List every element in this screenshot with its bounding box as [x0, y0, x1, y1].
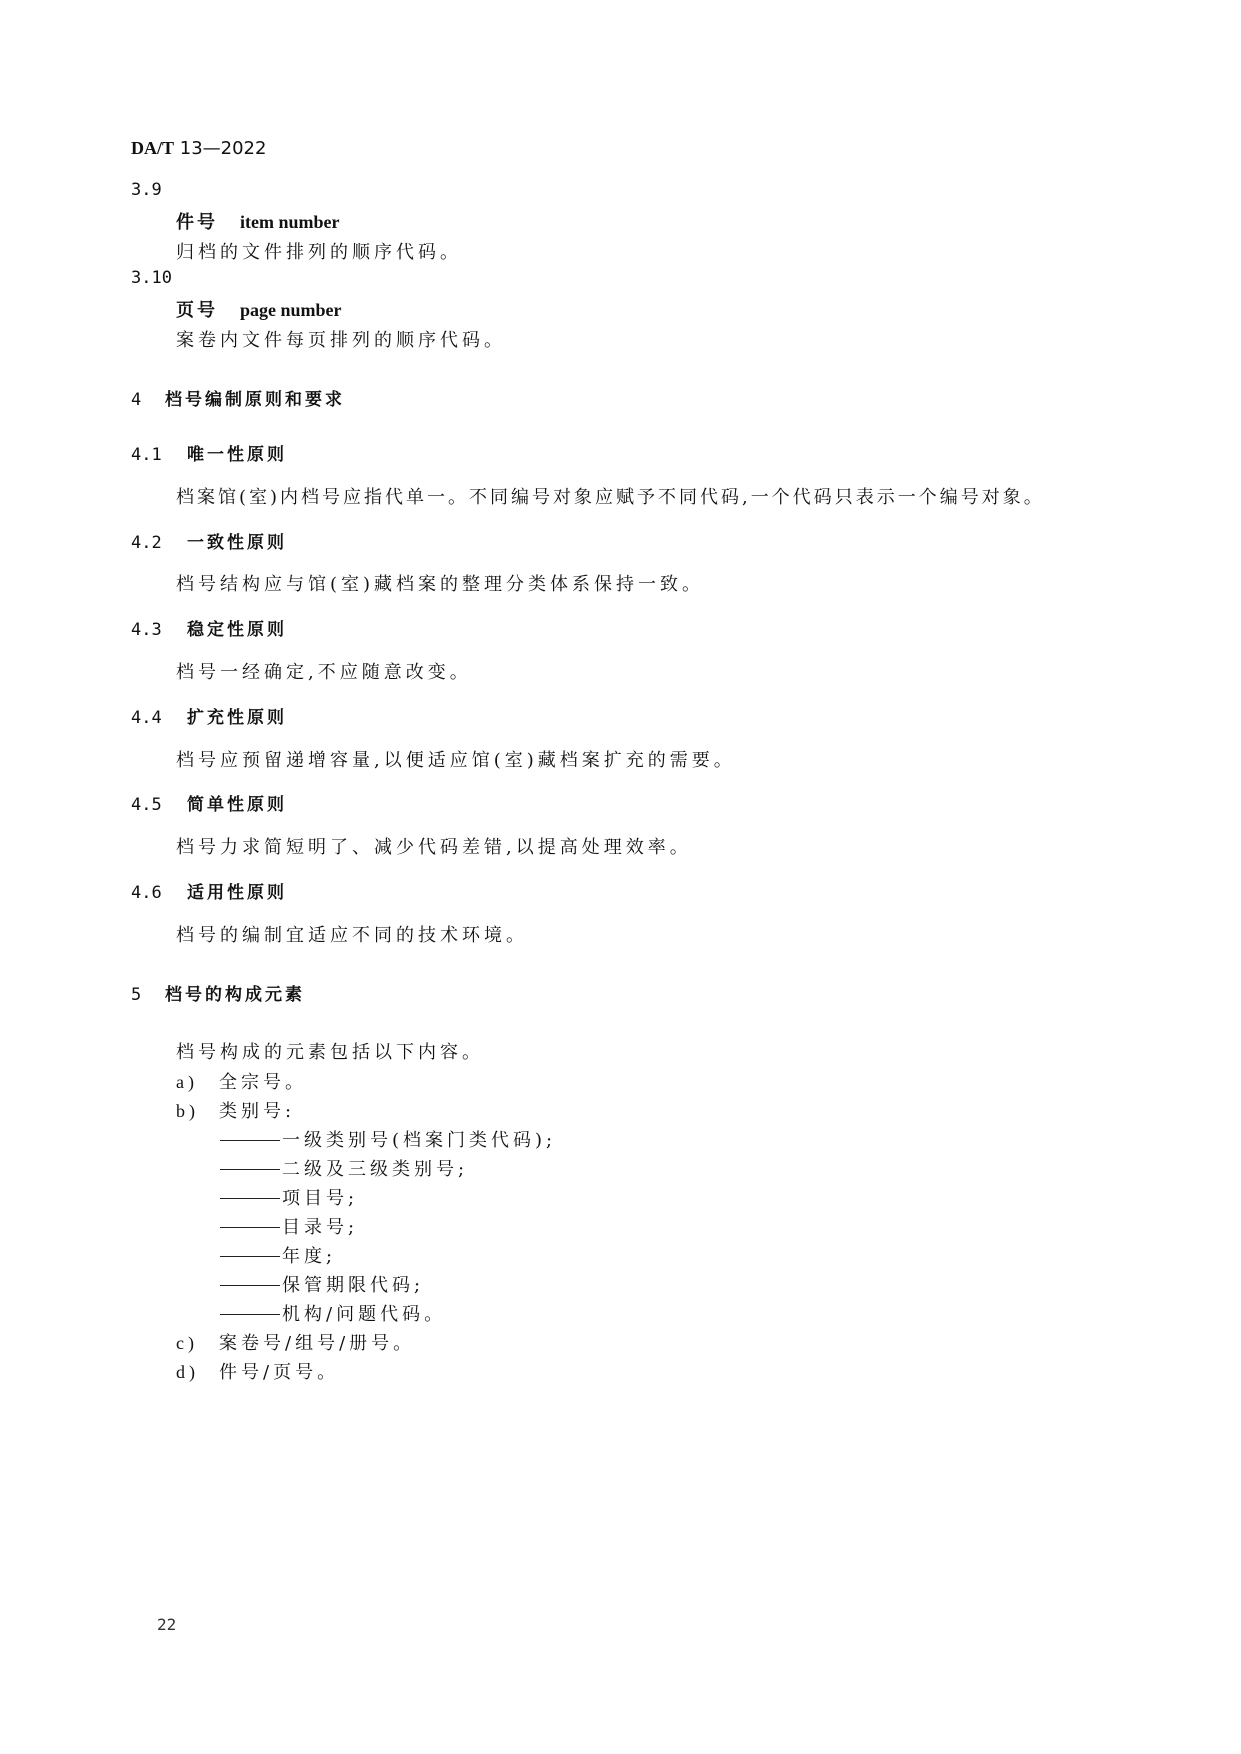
list-text: 件号/页号。	[219, 1362, 339, 1383]
dash-item: 年度;	[220, 1242, 336, 1268]
dash-text: 保管期限代码;	[282, 1275, 424, 1296]
em-dash	[220, 1314, 280, 1315]
paragraph: 档号构成的元素包括以下内容。	[176, 1038, 484, 1064]
dash-item: 项目号;	[220, 1184, 358, 1210]
term-zh: 页号	[176, 300, 218, 321]
list-label: a)	[176, 1072, 219, 1093]
list-text: 类别号:	[219, 1101, 295, 1122]
list-label: d)	[176, 1362, 219, 1383]
subsection-title: 稳定性原则	[187, 620, 287, 640]
subsection-number: 4.2	[131, 533, 187, 553]
subsection-heading: 4.1唯一性原则	[131, 440, 287, 465]
section-title: 档号编制原则和要求	[165, 390, 345, 410]
subsection-heading: 4.2一致性原则	[131, 528, 287, 553]
paragraph: 档号应预留递增容量,以便适应馆(室)藏档案扩充的需要。	[176, 746, 736, 772]
em-dash	[220, 1227, 280, 1228]
section-title: 档号的构成元素	[165, 985, 305, 1005]
term-en: item number	[240, 212, 339, 232]
subsection-title: 扩充性原则	[187, 708, 287, 728]
document-header: DA/T 13—2022	[131, 138, 266, 159]
em-dash	[220, 1256, 280, 1257]
subsection-number: 4.4	[131, 708, 187, 728]
subsection-title: 简单性原则	[187, 795, 287, 815]
list-item: a)全宗号。	[176, 1068, 307, 1094]
em-dash	[220, 1169, 280, 1170]
subsection-title: 唯一性原则	[187, 445, 287, 465]
standard-number: 13—2022	[180, 138, 267, 159]
em-dash	[220, 1140, 280, 1141]
term-heading: 页号page number	[176, 296, 342, 322]
dash-item: 目录号;	[220, 1213, 358, 1239]
dash-text: 年度;	[282, 1246, 336, 1267]
list-item: b)类别号:	[176, 1097, 295, 1123]
dash-text: 机构/问题代码。	[282, 1304, 446, 1325]
dash-item: 二级及三级类别号;	[220, 1155, 468, 1181]
clause-number: 3.9	[131, 180, 162, 200]
subsection-title: 一致性原则	[187, 533, 287, 553]
dash-text: 项目号;	[282, 1188, 358, 1209]
subsection-number: 4.3	[131, 620, 187, 640]
paragraph: 档案馆(室)内档号应指代单一。不同编号对象应赋予不同代码,一个代码只表示一个编号…	[176, 483, 1045, 509]
paragraph: 档号一经确定,不应随意改变。	[176, 658, 472, 684]
section-heading: 5档号的构成元素	[131, 980, 305, 1005]
list-text: 全宗号。	[219, 1072, 307, 1093]
page-number: 22	[157, 1615, 176, 1634]
subsection-number: 4.1	[131, 445, 187, 465]
em-dash	[220, 1285, 280, 1286]
paragraph: 档号结构应与馆(室)藏档案的整理分类体系保持一致。	[176, 570, 704, 596]
dash-text: 一级类别号(档案门类代码);	[282, 1130, 556, 1151]
paragraph: 档号力求简短明了、减少代码差错,以提高处理效率。	[176, 833, 692, 859]
standard-prefix: DA/T	[131, 138, 174, 158]
subsection-heading: 4.6适用性原则	[131, 878, 287, 903]
dash-item: 机构/问题代码。	[220, 1300, 446, 1326]
subsection-title: 适用性原则	[187, 883, 287, 903]
paragraph: 档号的编制宜适应不同的技术环境。	[176, 921, 528, 947]
dash-item: 保管期限代码;	[220, 1271, 424, 1297]
dash-text: 二级及三级类别号;	[282, 1159, 468, 1180]
clause-number: 3.10	[131, 268, 172, 288]
term-definition: 案卷内文件每页排列的顺序代码。	[176, 326, 506, 352]
list-text: 案卷号/组号/册号。	[219, 1333, 415, 1354]
list-item: c)案卷号/组号/册号。	[176, 1329, 415, 1355]
subsection-heading: 4.5简单性原则	[131, 790, 287, 815]
dash-text: 目录号;	[282, 1217, 358, 1238]
term-en: page number	[240, 300, 342, 320]
subsection-number: 4.6	[131, 883, 187, 903]
section-number: 4	[131, 390, 165, 410]
list-label: b)	[176, 1101, 219, 1122]
section-number: 5	[131, 985, 165, 1005]
term-heading: 件号item number	[176, 208, 339, 234]
term-definition: 归档的文件排列的顺序代码。	[176, 238, 462, 264]
list-label: c)	[176, 1333, 219, 1354]
term-zh: 件号	[176, 212, 218, 233]
subsection-heading: 4.4扩充性原则	[131, 703, 287, 728]
list-item: d)件号/页号。	[176, 1358, 339, 1384]
section-heading: 4档号编制原则和要求	[131, 385, 345, 410]
dash-item: 一级类别号(档案门类代码);	[220, 1126, 556, 1152]
em-dash	[220, 1198, 280, 1199]
subsection-number: 4.5	[131, 795, 187, 815]
subsection-heading: 4.3稳定性原则	[131, 615, 287, 640]
